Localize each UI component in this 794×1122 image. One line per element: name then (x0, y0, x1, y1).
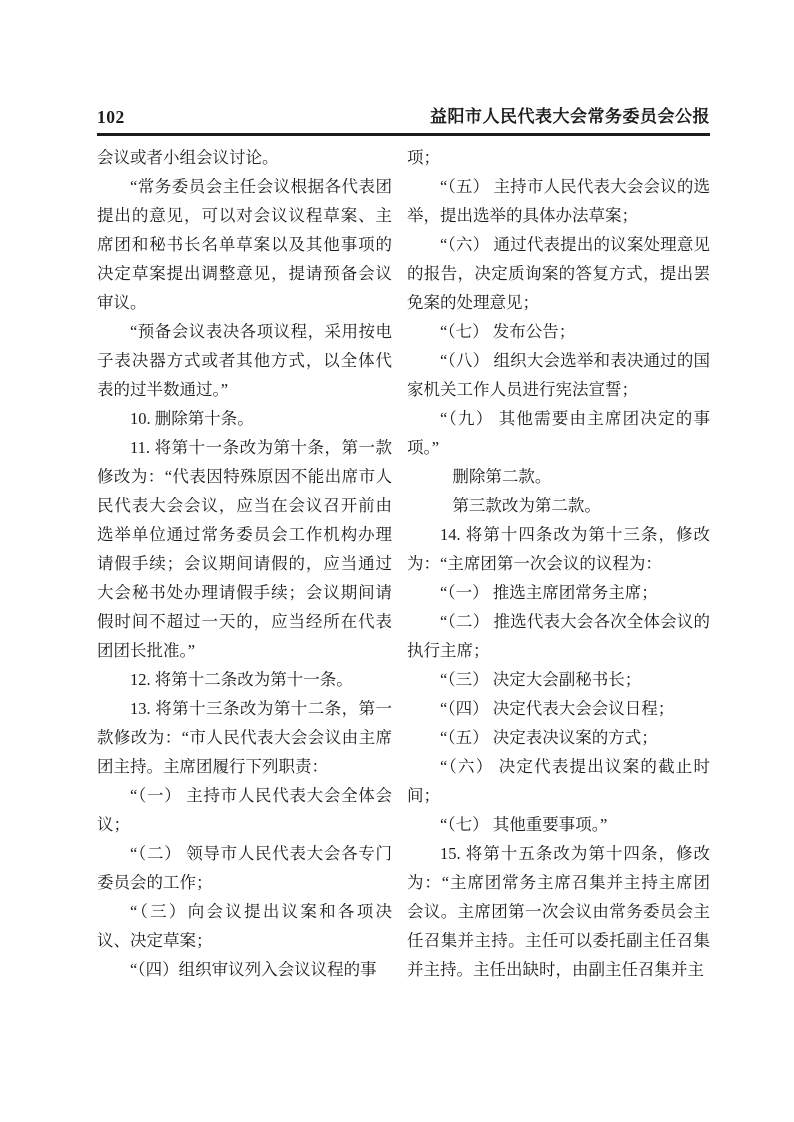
paragraph: “（六） 决定代表提出议案的截止时间； (407, 752, 710, 810)
paragraph: “（七） 其他重要事项。” (407, 810, 710, 839)
paragraph: 项； (407, 143, 710, 172)
content-columns: 会议或者小组会议讨论。“常务委员会主任会议根据各代表团提出的意见，可以对会议议程… (97, 143, 710, 984)
paragraph: “（九） 其他需要由主席团决定的事项。” (407, 404, 710, 462)
header-rule (97, 133, 710, 136)
paragraph: “（一） 推选主席团常务主席； (407, 578, 710, 607)
page-content: 102 益阳市人民代表大会常务委员会公报 会议或者小组会议讨论。“常务委员会主任… (97, 106, 710, 984)
paragraph: “（八） 组织大会选举和表决通过的国家机关工作人员进行宪法宣誓； (407, 346, 710, 404)
page-header: 102 益阳市人民代表大会常务委员会公报 (97, 106, 710, 128)
paragraph: 15. 将第十五条改为第十四条，修改为：“主席团常务主席召集并主持主席团会议。主… (407, 839, 710, 984)
paragraph: 删除第二款。 (407, 462, 710, 491)
right-column: 项；“（五） 主持市人民代表大会会议的选举，提出选举的具体办法草案；“（六） 通… (407, 143, 710, 984)
paragraph: “常务委员会主任会议根据各代表团提出的意见，可以对会议议程草案、主席团和秘书长名… (97, 172, 392, 317)
paragraph: “（五） 主持市人民代表大会会议的选举，提出选举的具体办法草案； (407, 172, 710, 230)
left-column: 会议或者小组会议讨论。“常务委员会主任会议根据各代表团提出的意见，可以对会议议程… (97, 143, 392, 984)
paragraph: 13. 将第十三条改为第十二条，第一款修改为：“市人民代表大会会议由主席团主持。… (97, 694, 392, 781)
paragraph: 14. 将第十四条改为第十三条，修改为：“主席团第一次会议的议程为： (407, 520, 710, 578)
paragraph: “（二） 推选代表大会各次全体会议的执行主席； (407, 607, 710, 665)
page-number: 102 (97, 106, 125, 128)
paragraph: 11. 将第十一条改为第十条，第一款修改为：“代表因特殊原因不能出席市人民代表大… (97, 433, 392, 665)
paragraph: “（二） 领导市人民代表大会各专门委员会的工作； (97, 839, 392, 897)
paragraph: 第三款改为第二款。 (407, 491, 710, 520)
publication-title: 益阳市人民代表大会常务委员会公报 (430, 106, 710, 128)
paragraph: 12. 将第十二条改为第十一条。 (97, 665, 392, 694)
paragraph: “（四） 决定代表大会会议日程； (407, 694, 710, 723)
paragraph: “（六） 通过代表提出的议案处理意见的报告，决定质询案的答复方式，提出罢免案的处… (407, 230, 710, 317)
paragraph: “（四）组织审议列入会议议程的事 (97, 955, 392, 984)
paragraph: “（七） 发布公告； (407, 317, 710, 346)
paragraph: 10. 删除第十条。 (97, 404, 392, 433)
paragraph: “（三）向会议提出议案和各项决议、决定草案； (97, 897, 392, 955)
paragraph: “（三） 决定大会副秘书长； (407, 665, 710, 694)
paragraph: “（一） 主持市人民代表大会全体会议； (97, 781, 392, 839)
document-page: 102 益阳市人民代表大会常务委员会公报 会议或者小组会议讨论。“常务委员会主任… (0, 0, 794, 1122)
paragraph: “预备会议表决各项议程，采用按电子表决器方式或者其他方式，以全体代表的过半数通过… (97, 317, 392, 404)
paragraph: 会议或者小组会议讨论。 (97, 143, 392, 172)
paragraph: “（五） 决定表决议案的方式； (407, 723, 710, 752)
